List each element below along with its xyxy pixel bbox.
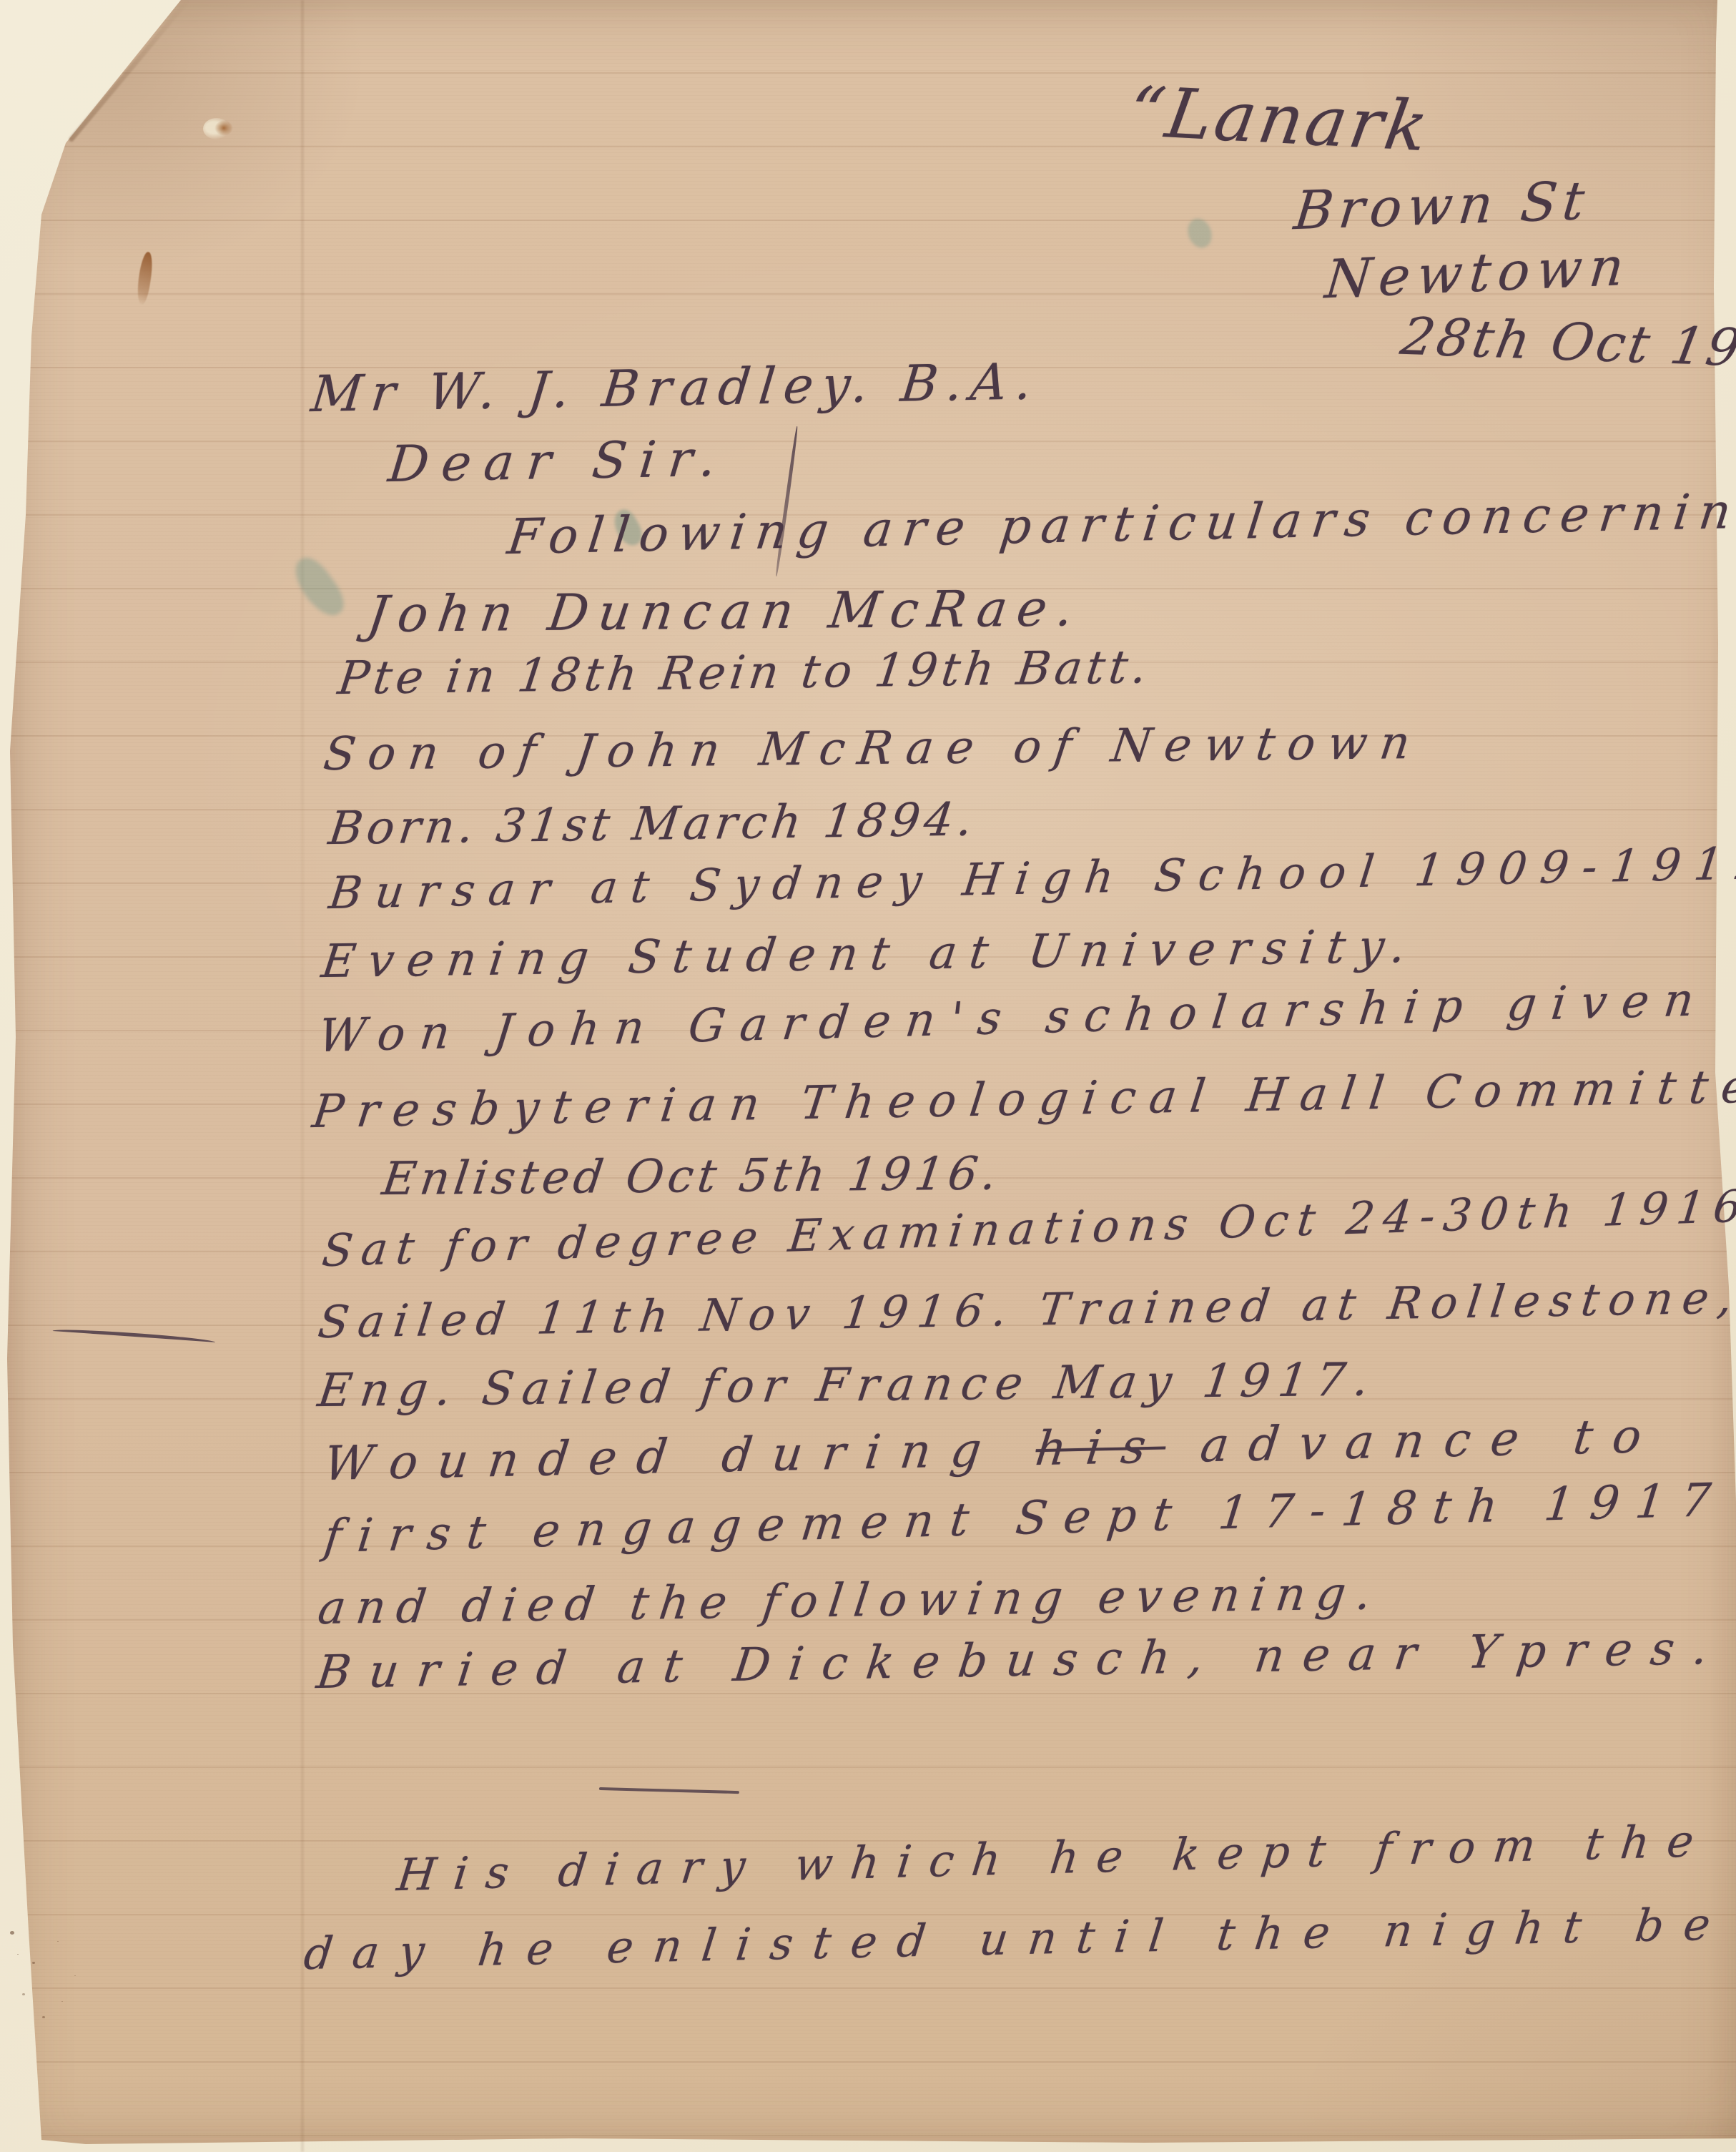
letter-scan: { "letter": { "header": { "house_name": … (0, 0, 1736, 2152)
line-salutation: Dear Sir. (385, 429, 731, 493)
line-france: Eng. Sailed for France May 1917. (315, 1353, 1380, 1418)
struck-out-word: his (1032, 1418, 1169, 1476)
letterhead-street: Brown St (1291, 170, 1593, 242)
letterhead-house-name: “Lanark (1123, 72, 1436, 167)
line-enlisted: Enlisted Oct 5th 1916. (379, 1147, 1004, 1206)
ink-speckles (10, 1931, 14, 1935)
vertical-crease (301, 0, 304, 2152)
line-soldier-name: John Duncan McRae. (364, 579, 1087, 644)
line-wounded-post: advance to (1163, 1408, 1665, 1474)
line-born: Born. 31st March 1894. (326, 793, 980, 855)
